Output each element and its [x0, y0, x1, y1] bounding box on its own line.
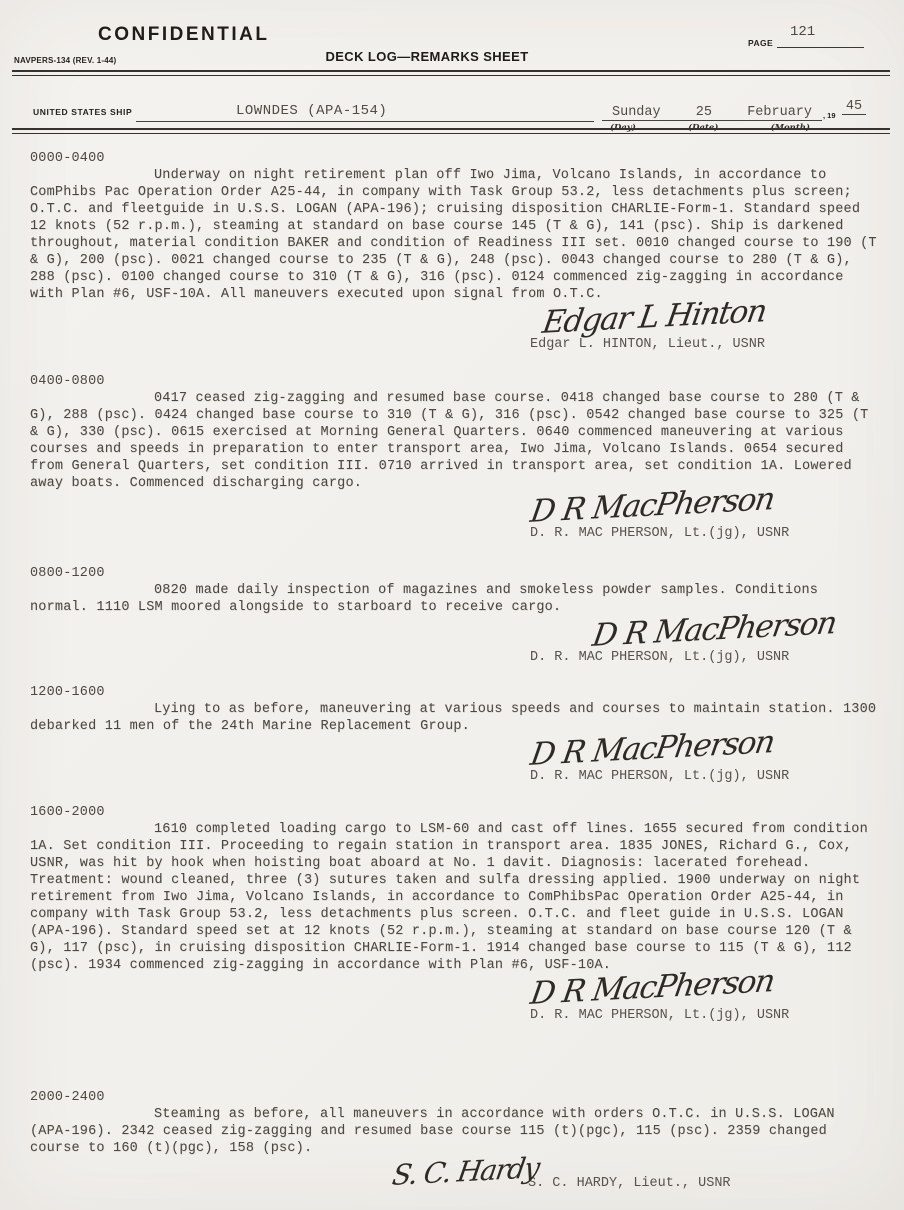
- date-year: 45: [842, 99, 866, 115]
- deck-log-page: CONFIDENTIAL 121 PAGE NAVPERS-134 (REV. …: [0, 0, 904, 1210]
- signature-block: D R MacPherson D. R. MAC PHERSON, Lt.(jg…: [500, 976, 860, 1023]
- entry-time-range: 0800-1200: [30, 565, 882, 582]
- header-divider: [12, 70, 890, 76]
- entry-time-range: 0400-0800: [30, 373, 882, 390]
- page-label: PAGE: [748, 38, 773, 48]
- log-entry-2000-2400: 2000-2400 Steaming as before, all maneuv…: [30, 1089, 882, 1191]
- typed-signature: D. R. MAC PHERSON, Lt.(jg), USNR: [530, 1008, 860, 1023]
- date-underline: Sunday 25 February: [602, 90, 822, 121]
- entry-text: 0417 ceased zig-zagging and resumed base…: [30, 390, 882, 492]
- typed-signature: D. R. MAC PHERSON, Lt.(jg), USNR: [530, 650, 860, 665]
- signature-block: D R MacPherson D. R. MAC PHERSON, Lt.(jg…: [500, 494, 860, 541]
- log-entry-1200-1600: 1200-1600 Lying to as before, maneuverin…: [30, 684, 882, 784]
- entry-time-range: 1600-2000: [30, 804, 882, 821]
- entry-text: Underway on night retirement plan off Iw…: [30, 167, 882, 303]
- log-entry-0400-0800: 0400-0800 0417 ceased zig-zagging and re…: [30, 373, 882, 541]
- page-label-row: PAGE: [748, 38, 864, 48]
- ship-name: LOWNDES (APA-154): [236, 103, 387, 119]
- date-day: Sunday: [612, 105, 661, 120]
- typed-signature: D. R. MAC PHERSON, Lt.(jg), USNR: [530, 769, 860, 784]
- year-prefix: , 19: [823, 111, 836, 120]
- entry-time-range: 1200-1600: [30, 684, 882, 701]
- page-number-field: 121 PAGE: [748, 24, 864, 48]
- date-month: February: [747, 105, 812, 120]
- log-entry-1600-2000: 1600-2000 1610 completed loading cargo t…: [30, 804, 882, 1023]
- ship-label: UNITED STATES SHIP: [33, 107, 132, 117]
- classification-stamp: CONFIDENTIAL: [98, 24, 269, 46]
- log-entry-0000-0400: 0000-0400 Underway on night retirement p…: [30, 150, 882, 352]
- signature-block: D R MacPherson D. R. MAC PHERSON, Lt.(jg…: [500, 618, 860, 665]
- page-number-underline: [777, 38, 864, 48]
- date-number: 25: [696, 105, 712, 120]
- ship-line-divider: [12, 128, 890, 134]
- entry-time-range: 2000-2400: [30, 1089, 882, 1106]
- signature-block: Edgar L Hinton Edgar L. HINTON, Lieut., …: [500, 305, 860, 352]
- signature-block: S. C. Hardy S. C. HARDY, Lieut., USNR: [390, 1159, 750, 1191]
- typed-signature: D. R. MAC PHERSON, Lt.(jg), USNR: [530, 526, 860, 541]
- signature-block: D R MacPherson D. R. MAC PHERSON, Lt.(jg…: [500, 737, 860, 784]
- entry-time-range: 0000-0400: [30, 150, 882, 167]
- ship-name-field: LOWNDES (APA-154): [136, 90, 594, 122]
- document-title: DECK LOG—REMARKS SHEET: [0, 49, 879, 64]
- typed-signature: Edgar L. HINTON, Lieut., USNR: [530, 337, 860, 352]
- entry-text: Steaming as before, all maneuvers in acc…: [30, 1106, 882, 1157]
- log-entry-0800-1200: 0800-1200 0820 made daily inspection of …: [30, 565, 882, 665]
- entry-text: 1610 completed loading cargo to LSM-60 a…: [30, 821, 882, 974]
